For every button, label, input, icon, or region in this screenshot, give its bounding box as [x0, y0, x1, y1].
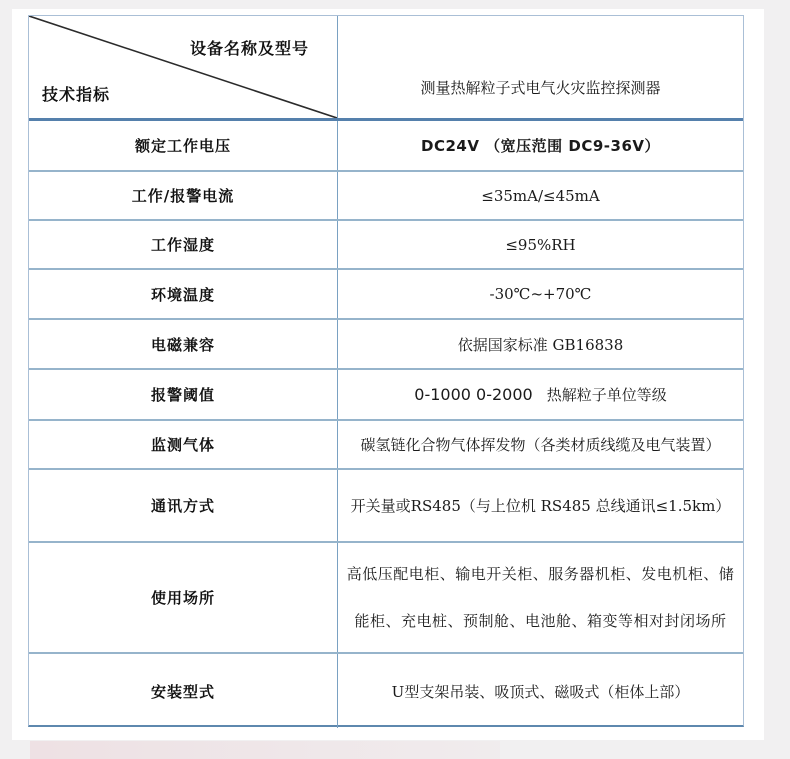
row-value: DC24V （宽压范围 DC9-36V）: [338, 121, 743, 170]
table-row-humidity: 工作湿度 ≤95%RH: [29, 219, 743, 268]
row-value: 碳氢链化合物气体挥发物（各类材质线缆及电气装置）: [338, 421, 743, 468]
row-label: 安装型式: [29, 654, 338, 728]
row-label: 监测气体: [29, 421, 338, 468]
spec-table: 设备名称及型号 技术指标 测量热解粒子式电气火灾监控探测器 额定工作电压 DC2…: [28, 15, 744, 727]
row-label: 使用场所: [29, 543, 338, 652]
row-label: 电磁兼容: [29, 320, 338, 368]
row-label: 环境温度: [29, 270, 338, 318]
row-label: 额定工作电压: [29, 121, 338, 170]
row-label: 报警阈值: [29, 370, 338, 419]
device-name-text: 测量热解粒子式电气火灾监控探测器: [420, 77, 660, 98]
row-value: -30℃~+70℃: [338, 270, 743, 318]
document-page: 设备名称及型号 技术指标 测量热解粒子式电气火灾监控探测器 额定工作电压 DC2…: [12, 9, 764, 740]
row-value: 依据国家标准 GB16838: [338, 320, 743, 368]
scan-artifact-pink-band: [30, 741, 500, 759]
table-row-temperature: 环境温度 -30℃~+70℃: [29, 268, 743, 318]
row-value: ≤35mA/≤45mA: [338, 172, 743, 219]
threshold-range-text: 0-1000 0-2000: [414, 385, 532, 404]
row-value: 0-1000 0-2000 热解粒子单位等级: [338, 370, 743, 419]
threshold-unit-text: 热解粒子单位等级: [547, 384, 667, 405]
table-header-row: 设备名称及型号 技术指标 测量热解粒子式电气火灾监控探测器: [29, 16, 743, 118]
header-tech-indicator-label: 技术指标: [42, 82, 110, 105]
table-row-current: 工作/报警电流 ≤35mA/≤45mA: [29, 170, 743, 219]
row-label: 工作/报警电流: [29, 172, 338, 219]
table-row-communication: 通讯方式 开关量或RS485（与上位机 RS485 总线通讯≤1.5km）: [29, 468, 743, 541]
table-row-installation: 安装型式 U型支架吊装、吸顶式、磁吸式（柜体上部）: [29, 652, 743, 728]
table-row-usage-places: 使用场所 高低压配电柜、输电开关柜、服务器机柜、发电机柜、储 能柜、充电桩、预制…: [29, 541, 743, 652]
row-value: ≤95%RH: [338, 221, 743, 268]
row-label: 工作湿度: [29, 221, 338, 268]
header-device-name-value: 测量热解粒子式电气火灾监控探测器: [338, 16, 743, 118]
row-value: 高低压配电柜、输电开关柜、服务器机柜、发电机柜、储 能柜、充电桩、预制舱、电池舱…: [338, 543, 743, 652]
table-row-alarm-threshold: 报警阈值 0-1000 0-2000 热解粒子单位等级: [29, 368, 743, 419]
table-row-emc: 电磁兼容 依据国家标准 GB16838: [29, 318, 743, 368]
header-device-model-label: 设备名称及型号: [190, 36, 309, 59]
table-row-rated-voltage: 额定工作电压 DC24V （宽压范围 DC9-36V）: [29, 118, 743, 170]
table-row-monitored-gas: 监测气体 碳氢链化合物气体挥发物（各类材质线缆及电气装置）: [29, 419, 743, 468]
header-diagonal-cell: 设备名称及型号 技术指标: [29, 16, 338, 118]
row-value: U型支架吊装、吸顶式、磁吸式（柜体上部）: [338, 654, 743, 728]
row-value: 开关量或RS485（与上位机 RS485 总线通讯≤1.5km）: [338, 470, 743, 541]
row-label: 通讯方式: [29, 470, 338, 541]
